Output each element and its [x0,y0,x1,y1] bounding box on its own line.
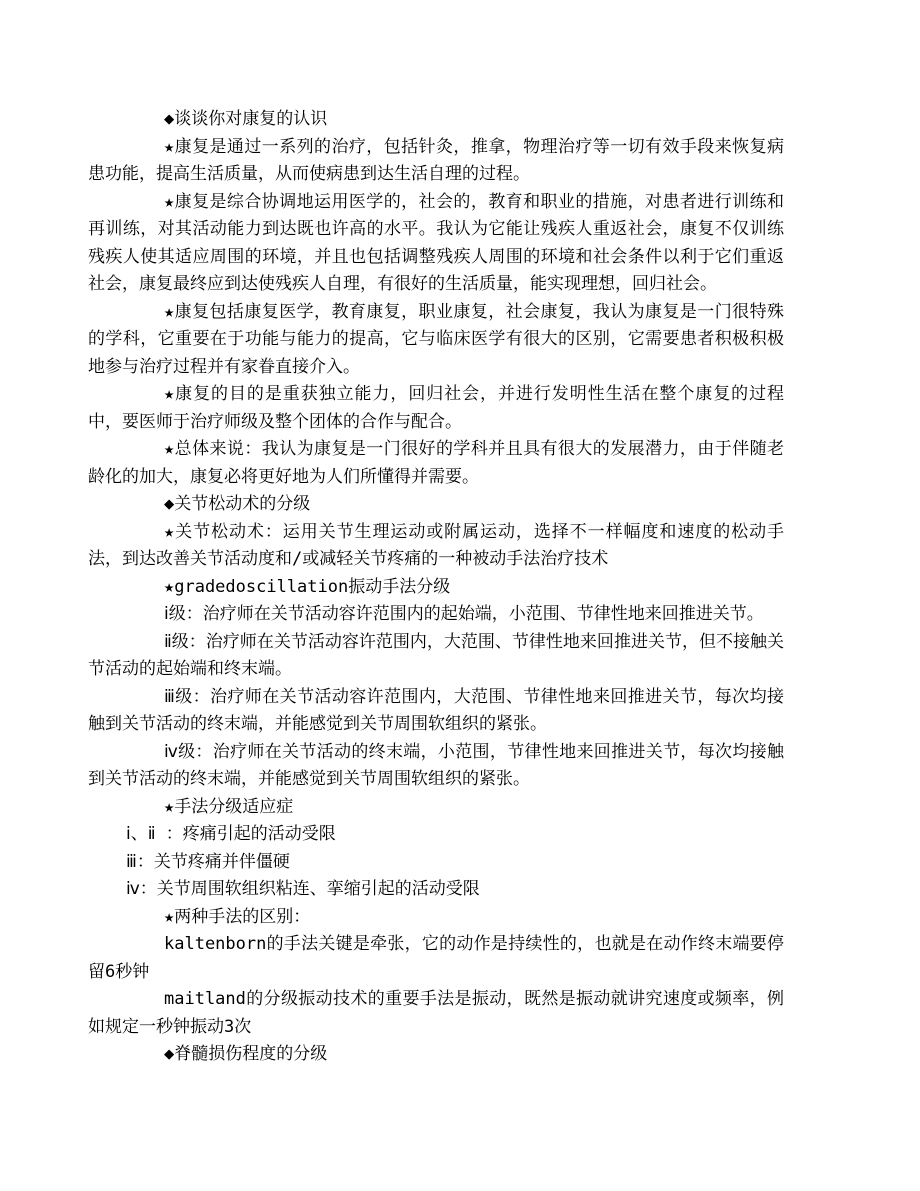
document-content: ◆谈谈你对康复的认识★康复是通过一系列的治疗，包括针灸，推拿，物理治疗等一切有效… [88,106,784,1069]
paragraph: ★康复是通过一系列的治疗，包括针灸，推拿，物理治疗等一切有效手段来恢复病患功能，… [88,134,784,189]
list-item-grade-3-indication: ⅲ：关节疼痛并伴僵硬 [88,849,784,877]
paragraph: ★康复包括康复医学，教育康复，职业康复，社会康复，我认为康复是一门很特殊的学科，… [88,299,784,382]
paragraph: ★康复的目的是重获独立能力，回归社会，并进行发明性生活在整个康复的过程中，要医师… [88,381,784,436]
paragraph: kaltenborn的手法关键是牵张，它的动作是持续性的，也就是在动作终末端要停… [88,931,784,986]
paragraph: ⅲ级：治疗师在关节活动容许范围内，大范围、节律性地来回推进关节，每次均接触到关节… [88,684,784,739]
section-heading-joint-mobilization-grading: ◆关节松动术的分级 [88,491,784,519]
list-item-grade-1-2-indication: ⅰ、ⅱ ：疼痛引起的活动受限 [88,821,784,849]
paragraph: ⅳ级：治疗师在关节活动的终末端，小范围，节律性地来回推进关节，每次均接触到关节活… [88,739,784,794]
paragraph: maitland的分级振动技术的重要手法是振动，既然是振动就讲究速度或频率，例如… [88,986,784,1041]
paragraph: ★关节松动术：运用关节生理运动或附属运动，选择不一样幅度和速度的松动手法，到达改… [88,519,784,574]
paragraph: ⅱ级：治疗师在关节活动容许范围内，大范围、节律性地来回推进关节，但不接触关节活动… [88,629,784,684]
paragraph: ★两种手法的区别： [88,904,784,932]
paragraph: ★总体来说：我认为康复是一门很好的学科并且具有很大的发展潜力，由于伴随老龄化的加… [88,436,784,491]
paragraph: ★康复是综合协调地运用医学的，社会的，教育和职业的措施，对患者进行训练和再训练，… [88,189,784,299]
paragraph: ⅰ级：治疗师在关节活动容许范围内的起始端，小范围、节律性地来回推进关节。 [88,601,784,629]
section-heading-rehab-understanding: ◆谈谈你对康复的认识 [88,106,784,134]
paragraph: ★手法分级适应症 [88,794,784,822]
paragraph: ★gradedoscillation振动手法分级 [88,574,784,602]
list-item-grade-4-indication: ⅳ：关节周围软组织粘连、挛缩引起的活动受限 [88,876,784,904]
document-page: ◆谈谈你对康复的认识★康复是通过一系列的治疗，包括针灸，推拿，物理治疗等一切有效… [0,0,920,1191]
section-heading-spinal-cord-injury-grading: ◆脊髓损伤程度的分级 [88,1041,784,1069]
